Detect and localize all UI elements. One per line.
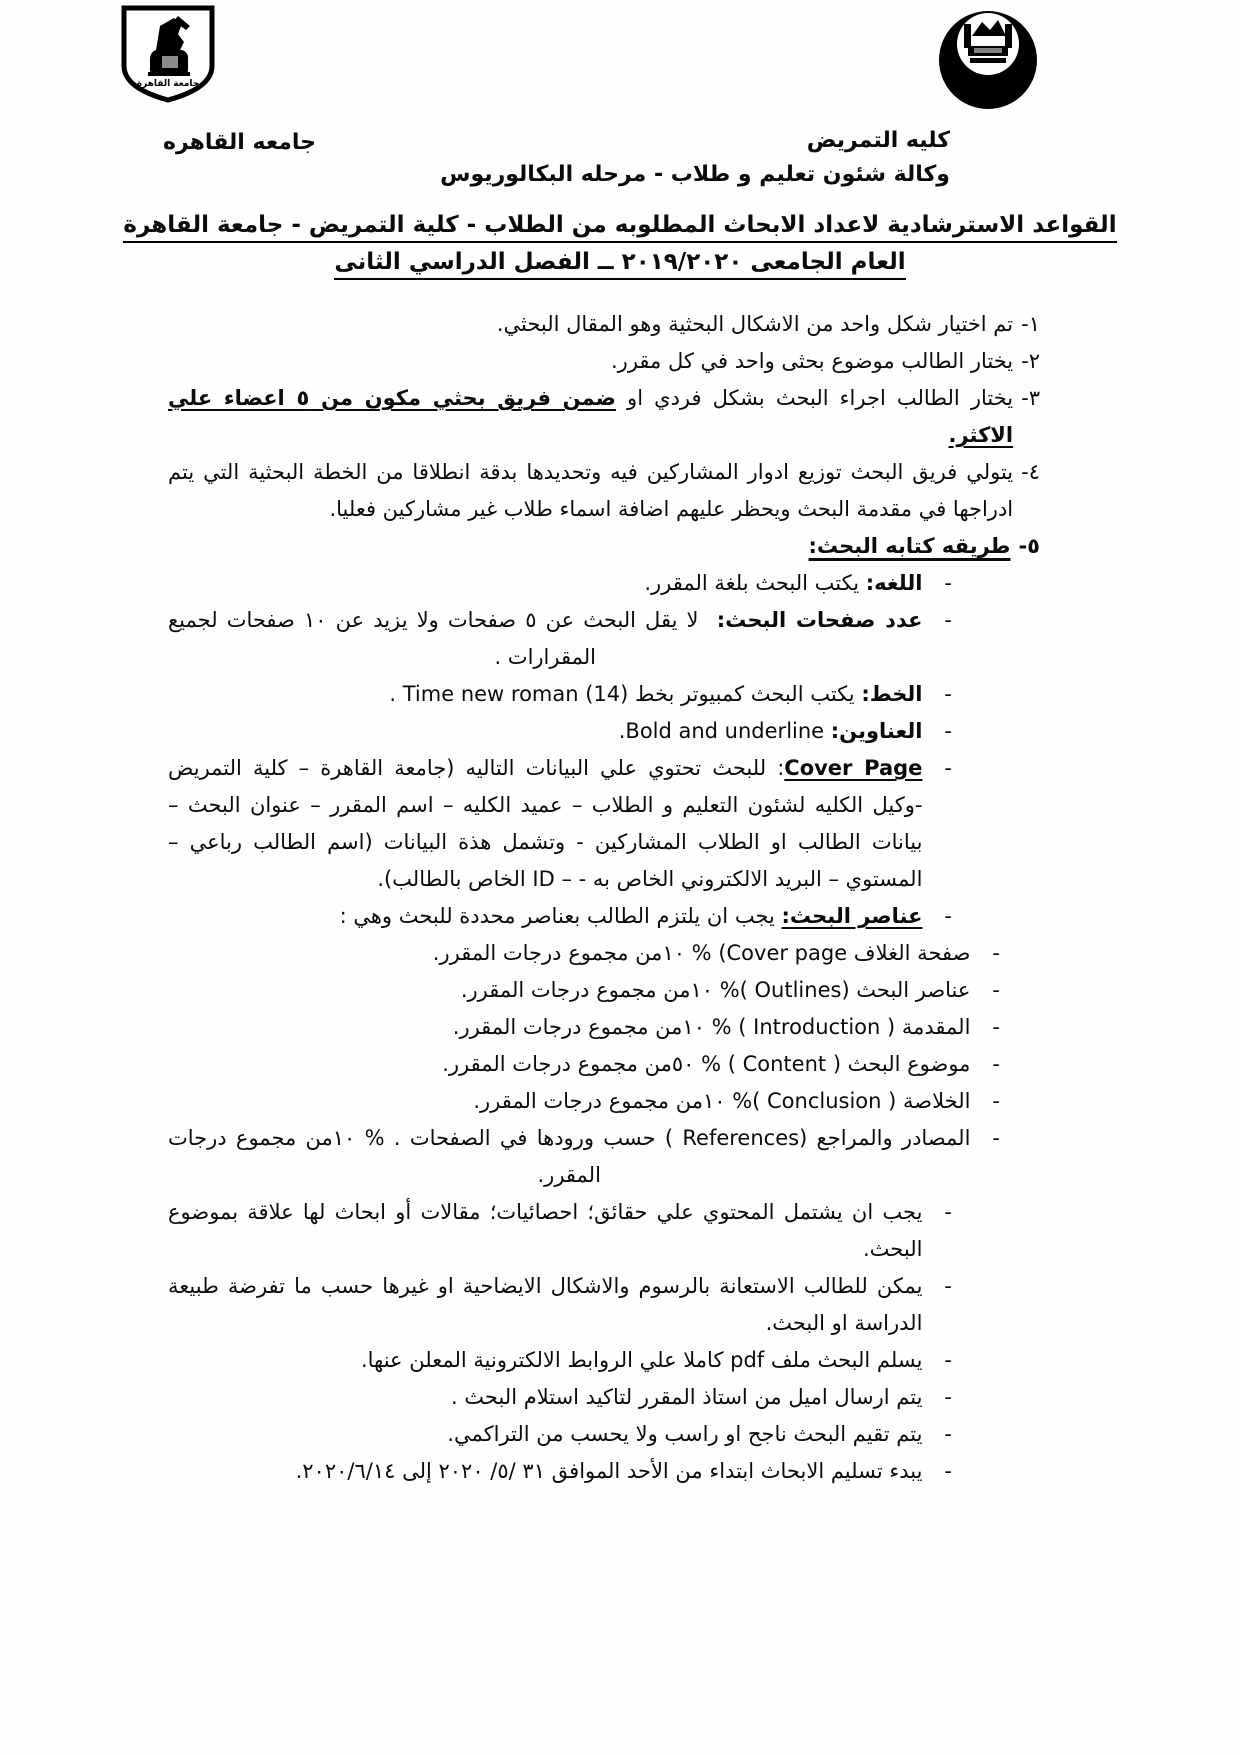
item-number: ٣- — [1021, 380, 1040, 417]
bullet-text: عناصر البحث: يجب ان يلتزم الطالب بعناصر … — [340, 898, 923, 935]
bullet-label: العناوين: — [831, 719, 923, 743]
deputy-office-line: وكالة شئون تعليم و طلاب - مرحله البكالور… — [440, 158, 950, 192]
bullet-dash: - — [944, 565, 952, 602]
sub-bullet-content: - موضوع البحث ( Content ) % ٥٠من مجموع د… — [168, 1046, 1000, 1083]
document-title: القواعد الاسترشادية لاعداد الابحاث المطل… — [0, 212, 1240, 286]
item-number: ٥- — [1018, 528, 1040, 565]
item-number: ٢- — [1021, 343, 1040, 380]
bullet-text: يمكن للطالب الاستعانة بالرسوم والاشكال ا… — [168, 1268, 922, 1342]
bullet-dash: - — [944, 898, 952, 935]
item-number: ٤- — [1021, 454, 1040, 491]
bullet-text: عدد صفحات البحث: لا يقل البحث عن ٥ صفحات… — [168, 602, 922, 676]
item-number: ١- — [1021, 306, 1040, 343]
item-text: يتولي فريق البحث توزيع ادوار المشاركين ف… — [168, 454, 1013, 528]
bullet-illustrations: - يمكن للطالب الاستعانة بالرسوم والاشكال… — [168, 1268, 952, 1342]
bullet-text: يبدء تسليم الابحاث ابتداء من الأحد الموا… — [296, 1453, 923, 1490]
sub-bullet-text: المصادر والمراجع (References ) حسب وروده… — [168, 1120, 970, 1194]
bullet-text: العناوين: Bold and underline. — [619, 713, 923, 750]
title-line-1: القواعد الاسترشادية لاعداد الابحاث المطل… — [123, 212, 1116, 243]
bullet-text: يجب ان يشتمل المحتوي علي حقائق؛ احصائيات… — [168, 1194, 922, 1268]
section-heading: طريقه كتابه البحث: — [809, 528, 1011, 565]
bullet-headings-style: - العناوين: Bold and underline. — [168, 713, 952, 750]
sub-bullet-introduction: - المقدمة ( Introduction ) % ١٠من مجموع … — [168, 1009, 1000, 1046]
cairo-university-emblem-icon: جامعة القاهرة — [118, 4, 218, 104]
bullet-grading: - يتم تقيم البحث ناجح او راسب ولا يحسب م… — [168, 1416, 952, 1453]
bullet-language: - اللغه: يكتب البحث بلغة المقرر. — [168, 565, 952, 602]
bullet-label: عناصر البحث: — [782, 904, 923, 928]
bullet-dash: - — [944, 1453, 952, 1490]
bullet-body: يكتب البحث كمبيوتر بخط Time new roman (1… — [389, 682, 854, 706]
bullet-email-confirmation: - يتم ارسال اميل من استاذ المقرر لتاكيد … — [168, 1379, 952, 1416]
faculty-of-nursing-seal-icon — [938, 0, 1038, 122]
bullet-font: - الخط: يكتب البحث كمبيوتر بخط Time new … — [168, 676, 952, 713]
bullet-dash: - — [944, 1268, 952, 1305]
university-name: جامعه القاهره — [163, 130, 316, 155]
sub-bullet-text: موضوع البحث ( Content ) % ٥٠من مجموع درج… — [442, 1046, 970, 1083]
sub-bullet-cover: - صفحة الغلاف ‎(Cover page % ١٠من مجموع … — [168, 935, 1000, 972]
numbered-item-4: ٤- يتولي فريق البحث توزيع ادوار المشاركي… — [168, 454, 1040, 528]
bullet-dash: - — [992, 1083, 1000, 1120]
bullet-dash: - — [944, 1342, 952, 1379]
bullet-dash: - — [944, 602, 952, 639]
document-page: جامعة القاهرة كليه التمريض وكالة شئون تع… — [0, 0, 1240, 1755]
bullet-dash: - — [944, 676, 952, 713]
bullet-content-requirements: - يجب ان يشتمل المحتوي علي حقائق؛ احصائي… — [168, 1194, 952, 1268]
item-text-plain: يختار الطالب اجراء البحث بشكل فردي او — [616, 386, 1013, 410]
bullet-text: يتم ارسال اميل من استاذ المقرر لتاكيد اس… — [451, 1379, 922, 1416]
bullet-body: يكتب البحث بلغة المقرر. — [644, 571, 859, 595]
sub-bullet-references: - المصادر والمراجع (References ) حسب ورو… — [168, 1120, 1000, 1194]
bullet-text: Cover Page: للبحث تحتوي علي البيانات الت… — [168, 750, 922, 898]
bullet-research-elements: - عناصر البحث: يجب ان يلتزم الطالب بعناص… — [168, 898, 952, 935]
bullet-text: يتم تقيم البحث ناجح او راسب ولا يحسب من … — [447, 1416, 922, 1453]
sub-bullet-text: صفحة الغلاف ‎(Cover page % ١٠من مجموع در… — [433, 935, 971, 972]
bullet-text: يسلم البحث ملف pdf كاملا علي الروابط الا… — [361, 1342, 922, 1379]
bullet-submission-dates: - يبدء تسليم الابحاث ابتداء من الأحد الم… — [168, 1453, 952, 1490]
numbered-item-3: ٣- يختار الطالب اجراء البحث بشكل فردي او… — [168, 380, 1040, 454]
faculty-name: كليه التمريض — [440, 124, 950, 158]
item-text: تم اختيار شكل واحد من الاشكال البحثية وه… — [497, 306, 1013, 343]
bullet-dash: - — [944, 1416, 952, 1453]
bullet-dash: - — [944, 750, 952, 787]
sub-bullet-text: الخلاصة ( Conclusion )% ١٠من مجموع درجات… — [473, 1083, 970, 1120]
bullet-label: Cover Page — [784, 756, 922, 780]
numbered-item-2: ٢- يختار الطالب موضوع بحثى واحد في كل مق… — [168, 343, 1040, 380]
numbered-item-5-heading: ٥- طريقه كتابه البحث: — [168, 528, 1040, 565]
bullet-dash: - — [992, 935, 1000, 972]
bullet-dash: - — [944, 1379, 952, 1416]
sub-bullet-text: عناصر البحث (Outlines )% ١٠من مجموع درجا… — [461, 972, 971, 1009]
document-body: ١- تم اختيار شكل واحد من الاشكال البحثية… — [168, 306, 1040, 1490]
bullet-label: عدد صفحات البحث: — [717, 608, 923, 632]
bullet-body: Bold and underline. — [619, 719, 824, 743]
numbered-item-1: ١- تم اختيار شكل واحد من الاشكال البحثية… — [168, 306, 1040, 343]
bullet-cover-page: - Cover Page: للبحث تحتوي علي البيانات ا… — [168, 750, 952, 898]
research-elements-sublist: - صفحة الغلاف ‎(Cover page % ١٠من مجموع … — [168, 935, 1040, 1194]
bullet-label: اللغه: — [866, 571, 923, 595]
bullet-text: الخط: يكتب البحث كمبيوتر بخط Time new ro… — [389, 676, 922, 713]
bullet-dash: - — [992, 972, 1000, 1009]
item-text: يختار الطالب موضوع بحثى واحد في كل مقرر. — [611, 343, 1013, 380]
sub-bullet-conclusion: - الخلاصة ( Conclusion )% ١٠من مجموع درج… — [168, 1083, 1000, 1120]
sub-bullet-outlines: - عناصر البحث (Outlines )% ١٠من مجموع در… — [168, 972, 1000, 1009]
bullet-dash: - — [992, 1046, 1000, 1083]
bullet-label: الخط: — [861, 682, 922, 706]
bullet-body: يجب ان يلتزم الطالب بعناصر محددة للبحث و… — [340, 904, 775, 928]
title-line-2: العام الجامعى ٢٠١٩/٢٠٢٠ ــ الفصل الدراسي… — [334, 249, 905, 280]
faculty-header-block: كليه التمريض وكالة شئون تعليم و طلاب - م… — [440, 124, 950, 192]
bullet-pdf-submission: - يسلم البحث ملف pdf كاملا علي الروابط ا… — [168, 1342, 952, 1379]
bullet-dash: - — [944, 1194, 952, 1231]
item-text: يختار الطالب اجراء البحث بشكل فردي او ضم… — [168, 380, 1013, 454]
bullet-text: اللغه: يكتب البحث بلغة المقرر. — [644, 565, 922, 602]
sub-bullet-text: المقدمة ( Introduction ) % ١٠من مجموع در… — [453, 1009, 971, 1046]
bullet-body: لا يقل البحث عن ٥ صفحات ولا يزيد عن ١٠ ص… — [168, 608, 699, 669]
bullet-dash: - — [944, 713, 952, 750]
bullet-dash: - — [992, 1120, 1000, 1157]
bullet-dash: - — [992, 1009, 1000, 1046]
cairo-university-emblem-caption: جامعة القاهرة — [137, 79, 200, 89]
bullet-page-count: - عدد صفحات البحث: لا يقل البحث عن ٥ صفح… — [168, 602, 952, 676]
